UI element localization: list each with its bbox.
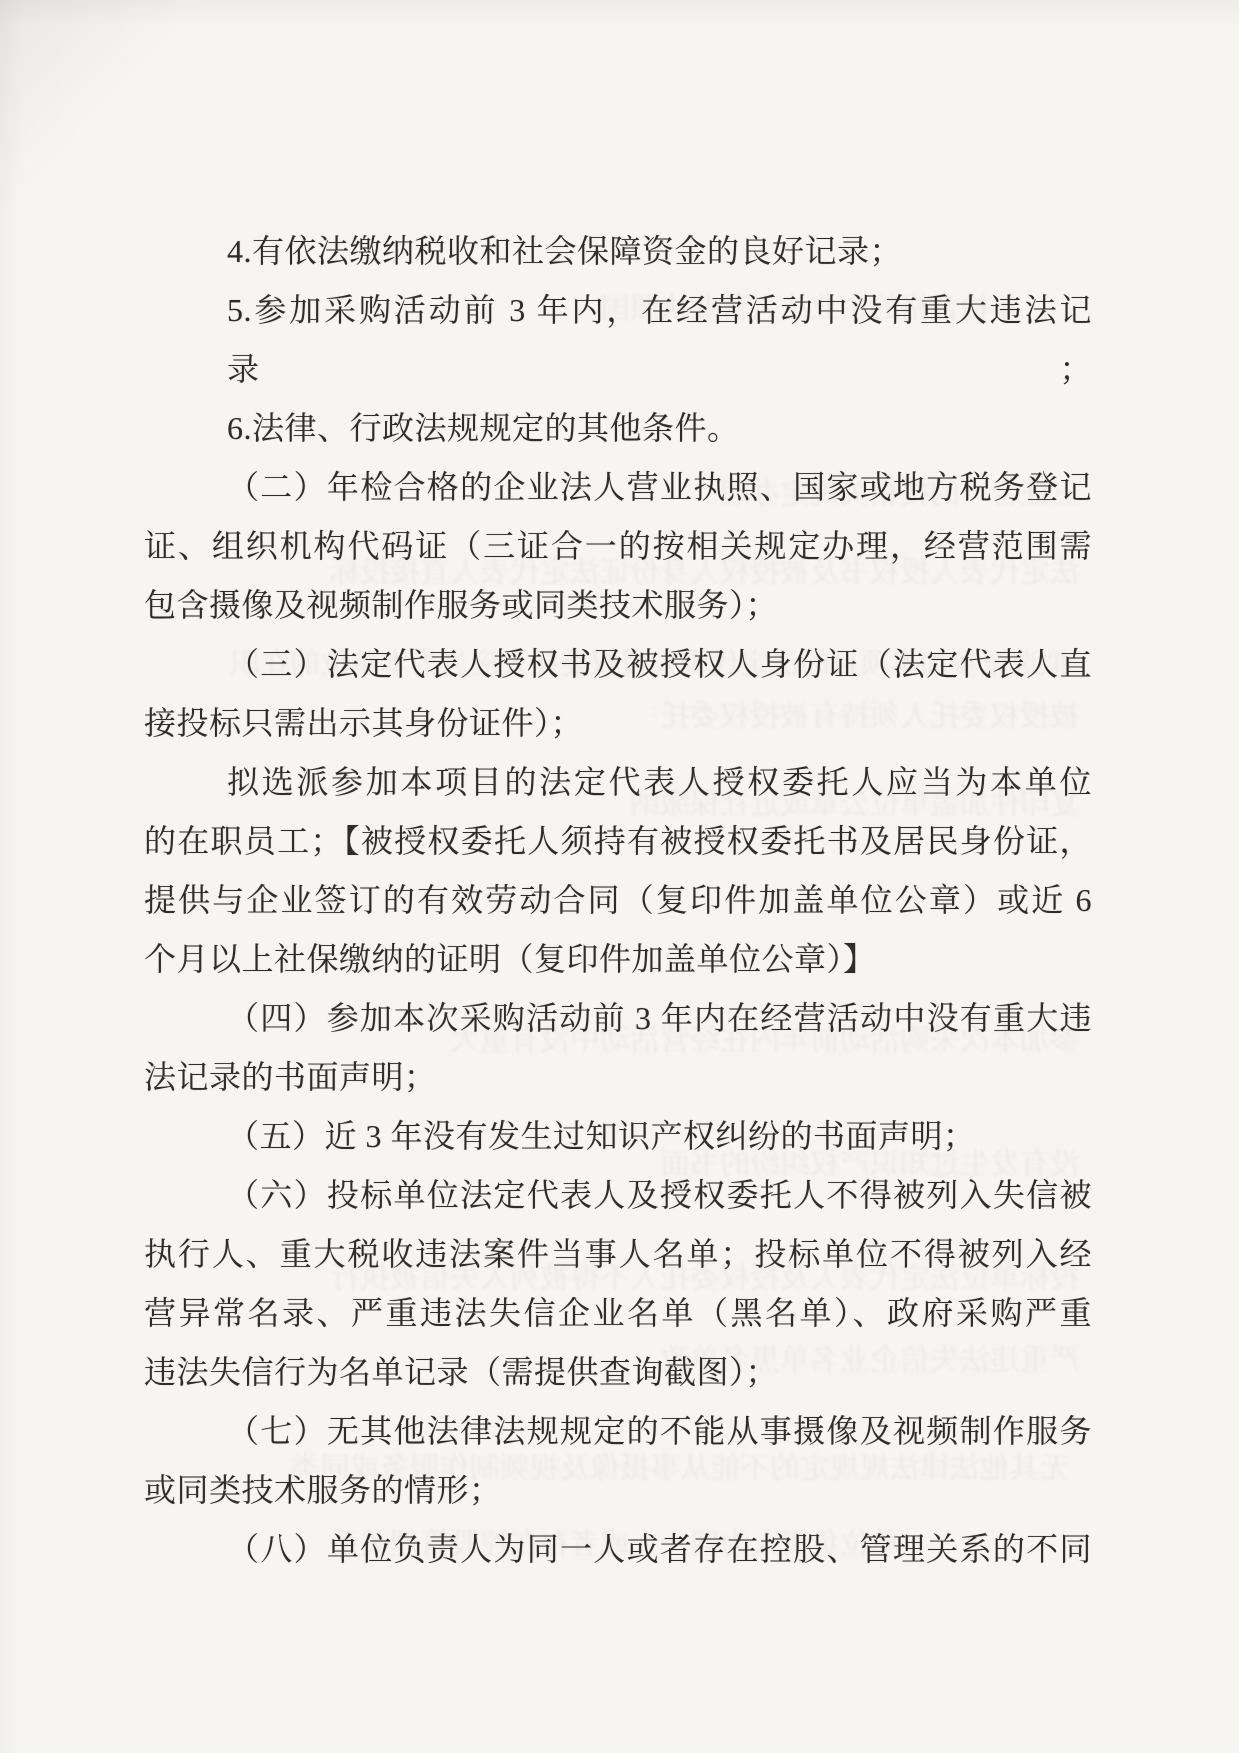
- text-line-clause-3-note-4: 个月以上社保缴纳的证明（复印件加盖单位公章）】: [144, 930, 1092, 989]
- text-line-clause-3-line-2: 接投标只需出示其身份证件）；: [144, 694, 1092, 753]
- scanned-document-page: 年检合格的企业法人营业执照国家或地方 三证合一的按相关规定办理 法定代表人授权书…: [0, 0, 1239, 1753]
- text-line-clause-1-6: 6.法律、行政法规规定的其他条件。: [144, 399, 1092, 458]
- text-line-clause-1-5: 5.参加采购活动前 3 年内，在经营活动中没有重大违法记录；: [144, 281, 1092, 399]
- document-body: 4.有依法缴纳税收和社会保障资金的良好记录； 5.参加采购活动前 3 年内，在经…: [144, 222, 1092, 1579]
- text-line-clause-6-line-2: 执行人、重大税收违法案件当事人名单；投标单位不得被列入经: [144, 1225, 1092, 1284]
- text-line-clause-4-line-2: 法记录的书面声明；: [144, 1048, 1092, 1107]
- text-line-clause-2-line-3: 包含摄像及视频制作服务或同类技术服务）；: [144, 576, 1092, 635]
- text-line-clause-7-line-1: （七）无其他法律法规规定的不能从事摄像及视频制作服务: [144, 1402, 1092, 1461]
- text-line-clause-2-line-2: 证、组织机构代码证（三证合一的按相关规定办理，经营范围需: [144, 517, 1092, 576]
- text-line-clause-7-line-2: 或同类技术服务的情形；: [144, 1461, 1092, 1520]
- text-line-clause-8-line-1: （八）单位负责人为同一人或者存在控股、管理关系的不同: [144, 1520, 1092, 1579]
- text-line-clause-1-4: 4.有依法缴纳税收和社会保障资金的良好记录；: [144, 222, 1092, 281]
- text-line-clause-3-note-1: 拟选派参加本项目的法定代表人授权委托人应当为本单位: [144, 753, 1092, 812]
- text-line-clause-6-line-1: （六）投标单位法定代表人及授权委托人不得被列入失信被: [144, 1166, 1092, 1225]
- text-line-clause-5: （五）近 3 年没有发生过知识产权纠纷的书面声明；: [144, 1107, 1092, 1166]
- text-line-clause-3-note-3: 提供与企业签订的有效劳动合同（复印件加盖单位公章）或近 6: [144, 871, 1092, 930]
- text-line-clause-3-note-2: 的在职员工；【被授权委托人须持有被授权委托书及居民身份证，: [144, 812, 1092, 871]
- text-line-clause-2-line-1: （二）年检合格的企业法人营业执照、国家或地方税务登记: [144, 458, 1092, 517]
- text-line-clause-4-line-1: （四）参加本次采购活动前 3 年内在经营活动中没有重大违: [144, 989, 1092, 1048]
- text-line-clause-6-line-4: 违法失信行为名单记录（需提供查询截图）；: [144, 1343, 1092, 1402]
- text-line-clause-6-line-3: 营异常名录、严重违法失信企业名单（黑名单）、政府采购严重: [144, 1284, 1092, 1343]
- text-line-clause-3-line-1: （三）法定代表人授权书及被授权人身份证（法定代表人直: [144, 635, 1092, 694]
